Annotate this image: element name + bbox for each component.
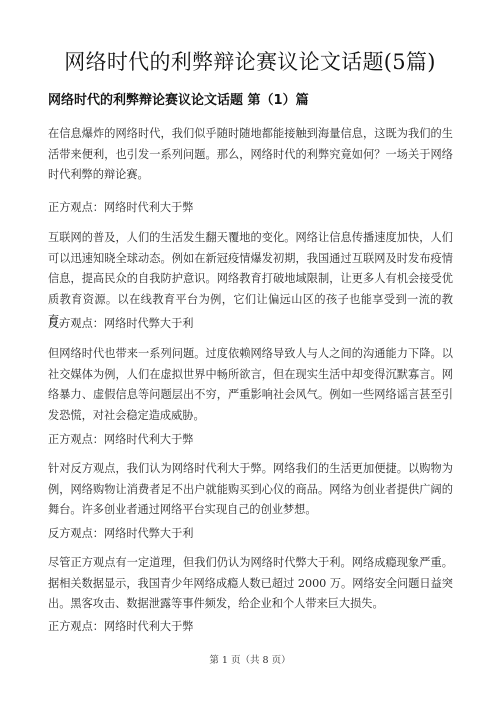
page-footer: 第 1 页（共 8 页） [0, 652, 500, 666]
con-paragraph-1: 但网络时代也带来一系列问题。过度依赖网络导致人与人之间的沟通能力下降。以社交媒体… [48, 344, 453, 427]
con-paragraph-2: 尽管正方观点有一定道理，但我们仍认为网络时代弊大于利。网络成瘾现象严重。据相关数… [48, 553, 453, 615]
pro-label-1: 正方观点：网络时代利大于弊 [48, 200, 453, 216]
document-title: 网络时代的利弊辩论赛议论文话题(5篇) [0, 48, 500, 76]
paragraph: 尽管正方观点有一定道理，但我们仍认为网络时代弊大于利。网络成瘾现象严重。据相关数… [48, 553, 453, 615]
paragraph: 针对反方观点，我们认为网络时代利大于弊。网络我们的生活更加便捷。以购物为例，网络… [48, 459, 453, 521]
section-title: 网络时代的利弊辩论赛议论文话题 第（1）篇 [48, 92, 309, 110]
viewpoint-label: 反方观点：网络时代弊大于利 [48, 316, 453, 332]
viewpoint-label: 正方观点：网络时代利大于弊 [48, 200, 453, 216]
pro-label-2: 正方观点：网络时代利大于弊 [48, 432, 453, 448]
paragraph: 但网络时代也带来一系列问题。过度依赖网络导致人与人之间的沟通能力下降。以社交媒体… [48, 344, 453, 427]
viewpoint-label: 正方观点：网络时代利大于弊 [48, 619, 453, 635]
document-page: 网络时代的利弊辩论赛议论文话题(5篇) 网络时代的利弊辩论赛议论文话题 第（1）… [0, 0, 500, 707]
paragraph: 在信息爆炸的网络时代，我们似乎随时随地都能接触到海量信息，这既为我们的生活带来便… [48, 124, 453, 186]
pro-label-3: 正方观点：网络时代利大于弊 [48, 619, 453, 635]
intro-paragraph: 在信息爆炸的网络时代，我们似乎随时随地都能接触到海量信息，这既为我们的生活带来便… [48, 124, 453, 186]
con-label-1: 反方观点：网络时代弊大于利 [48, 316, 453, 332]
viewpoint-label: 正方观点：网络时代利大于弊 [48, 432, 453, 448]
pro-paragraph-2: 针对反方观点，我们认为网络时代利大于弊。网络我们的生活更加便捷。以购物为例，网络… [48, 459, 453, 521]
viewpoint-label: 反方观点：网络时代弊大于利 [48, 526, 453, 542]
con-label-2: 反方观点：网络时代弊大于利 [48, 526, 453, 542]
